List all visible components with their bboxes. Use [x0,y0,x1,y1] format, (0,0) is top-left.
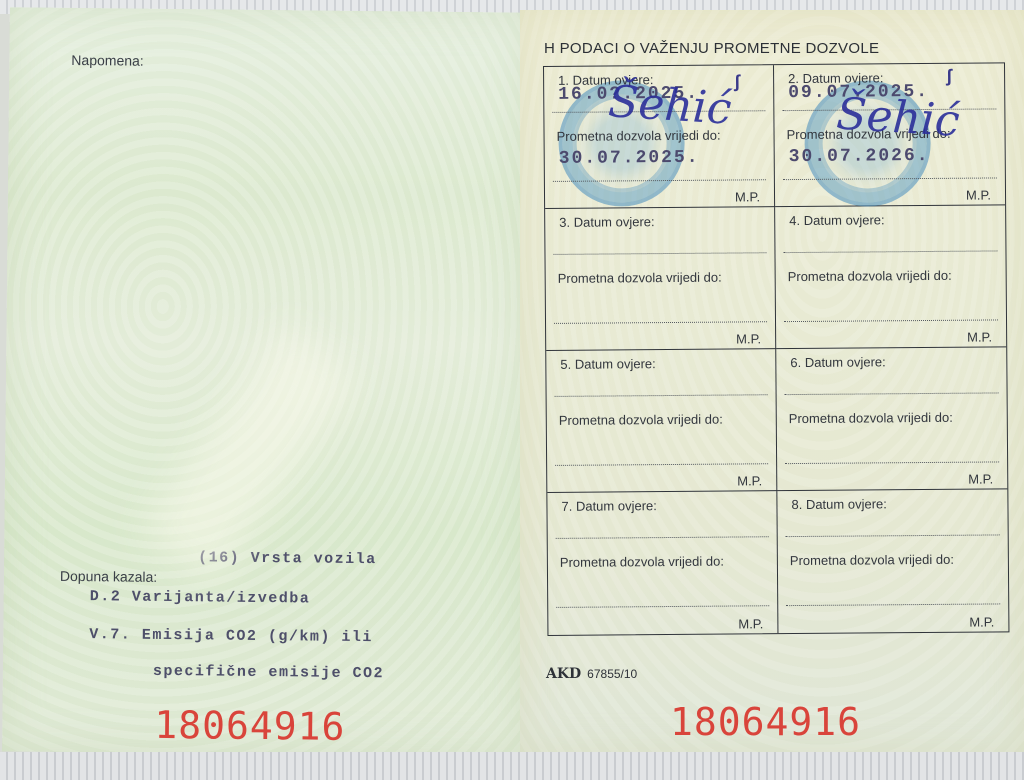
serial-number-left: 18064916 [154,703,345,749]
dotted-line [786,603,1000,606]
validity-label: Prometna dozvola vrijedi do: [559,412,723,428]
seal-place-label: M.P. [967,329,992,344]
notes-label: Napomena: [71,52,144,69]
supplement-label: Dopuna kazala: [60,568,157,585]
seal-place-label: M.P. [735,189,760,204]
printer-code: 67855/10 [587,667,637,681]
valid-until-value: 30.07.2025. [559,148,700,169]
validity-label: Prometna dozvola vrijedi do: [790,552,954,568]
dotted-line [554,321,767,324]
section-title: H PODACI O VAŽENJU PROMETNE DOZVOLE [544,40,879,57]
supplement-line-specific-co2: specifične emisije CO2 [153,663,384,682]
supplement-line-vehicle-type: (16) Vrsta vozila [198,549,377,568]
certification-box-5: 5. Datum ovjere: Prometna dozvola vrijed… [546,349,777,493]
certification-date-label: 4. Datum ovjere: [789,212,884,228]
certification-box-2: 2. Datum ovjere: 09.07.2025. Prometna do… [774,63,1005,207]
dotted-line [785,392,999,395]
validity-label: Prometna dozvola vrijedi do: [558,270,722,286]
validity-label: Prometna dozvola vrijedi do: [789,410,953,426]
dotted-line [556,605,769,608]
seal-place-label: M.P. [966,187,991,202]
printer-imprint: AKD67855/10 [546,666,637,682]
validity-label: Prometna dozvola vrijedi do: [560,554,724,570]
certification-date-label: 7. Datum ovjere: [561,498,656,514]
supplement-line-variant: D.2 Varijanta/izvedba [90,588,311,607]
dotted-line [555,463,768,466]
certification-box-6: 6. Datum ovjere: Prometna dozvola vrijed… [776,347,1007,491]
seal-place-label: M.P. [736,331,761,346]
certification-date-label: 6. Datum ovjere: [790,354,885,370]
right-page: H PODACI O VAŽENJU PROMETNE DOZVOLE 1. D… [520,10,1024,754]
seal-place-label: M.P. [968,471,993,486]
certification-date-label: 8. Datum ovjere: [791,496,886,512]
signature: Šehić [607,76,733,135]
certification-grid: 1. Datum ovjere: 16.0?.2025. Prometna do… [543,62,1009,636]
seal-place-label: M.P. [737,473,762,488]
supplement-line-co2: V.7. Emisija CO2 (g/km) ili [89,626,373,646]
certification-box-3: 3. Datum ovjere: Prometna dozvola vrijed… [545,207,776,351]
serial-number-right: 18064916 [670,700,861,744]
left-page: Napomena: Dopuna kazala: (16) Vrsta vozi… [2,7,530,756]
handwritten-mark-icon: ʃ [734,71,740,92]
dotted-line [783,250,997,253]
dotted-line [556,536,769,539]
certification-box-4: 4. Datum ovjere: Prometna dozvola vrijed… [775,205,1006,349]
validity-label: Prometna dozvola vrijedi do: [788,268,952,284]
certification-box-8: 8. Datum ovjere: Prometna dozvola vrijed… [777,489,1008,633]
handwritten-mark-icon: ʃ [946,66,952,87]
signature: Šehić [835,88,961,147]
plastic-sleeve-bottom [0,752,1024,780]
valid-until-value: 30.07.2026. [789,146,930,167]
printer-logo-icon: AKD [546,666,581,682]
dotted-line [785,461,999,464]
seal-place-label: M.P. [738,616,763,631]
dotted-line [786,534,1000,537]
dotted-line [555,394,768,397]
dotted-line [553,252,766,255]
certification-date-label: 3. Datum ovjere: [559,214,654,230]
dotted-line [784,319,998,322]
certification-date-label: 5. Datum ovjere: [560,356,655,372]
seal-place-label: M.P. [969,614,994,629]
certification-box-1: 1. Datum ovjere: 16.0?.2025. Prometna do… [544,65,775,209]
certification-box-7: 7. Datum ovjere: Prometna dozvola vrijed… [547,491,778,635]
